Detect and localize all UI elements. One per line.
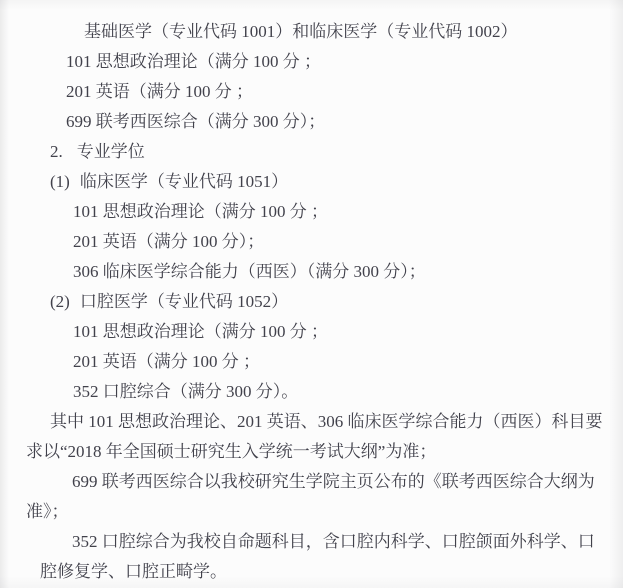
scanned-document-page: 基础医学（专业代码 1001）和临床医学（专业代码 1002） 101 思想政治… bbox=[0, 0, 623, 588]
section-number: 2. bbox=[50, 142, 63, 161]
exam-subject-western-medicine: 699 联考西医综合（满分 300 分）； bbox=[26, 107, 615, 137]
exam-subject-politics: 101 思想政治理论（满分 100 分 ； bbox=[26, 47, 615, 77]
exam-subject-politics: 101 思想政治理论（满分 100 分 ； bbox=[26, 197, 615, 227]
note-syllabus-line-1: 其中 101 思想政治理论、201 英语、306 临床医学综合能力（西医）科目要 bbox=[26, 407, 615, 437]
exam-subject-english: 201 英语（满分 100 分 ； bbox=[26, 347, 615, 377]
exam-subject-english: 201 英语（满分 100 分 ； bbox=[26, 77, 615, 107]
program-clinical-medicine-heading: (1)临床医学（专业代码 1051） bbox=[26, 167, 615, 197]
exam-subject-stomatology-comprehensive: 352 口腔综合（满分 300 分）。 bbox=[26, 377, 615, 407]
note-699-syllabus-line-2: 准》； bbox=[26, 497, 615, 527]
program-title: 口腔医学（专业代码 1052） bbox=[80, 292, 288, 311]
program-title: 临床医学（专业代码 1051） bbox=[80, 172, 288, 191]
exam-subject-english: 201 英语（满分 100 分）； bbox=[26, 227, 615, 257]
academic-degree-heading: 基础医学（专业代码 1001）和临床医学（专业代码 1002） bbox=[26, 17, 615, 47]
program-label: (2) bbox=[50, 292, 70, 311]
program-stomatology-heading: (2)口腔医学（专业代码 1052） bbox=[26, 287, 615, 317]
note-352-selfmade-line-1: 352 口腔综合为我校自命题科目，含口腔内科学、口腔颌面外科学、口 bbox=[26, 527, 615, 557]
note-699-syllabus-line-1: 699 联考西医综合以我校研究生学院主页公布的《联考西医综合大纲为 bbox=[26, 467, 615, 497]
section-professional-degree: 2.专业学位 bbox=[26, 137, 615, 167]
note-352-selfmade-line-2: 腔修复学、口腔正畸学。 bbox=[26, 557, 615, 587]
note-syllabus-line-2: 求以“2018 年全国硕士研究生入学统一考试大纲”为准； bbox=[26, 437, 615, 467]
program-label: (1) bbox=[50, 172, 70, 191]
exam-subject-politics: 101 思想政治理论（满分 100 分 ； bbox=[26, 317, 615, 347]
section-title: 专业学位 bbox=[77, 142, 145, 161]
exam-subject-clinical-comprehensive: 306 临床医学综合能力（西医）（满分 300 分）； bbox=[26, 257, 615, 287]
